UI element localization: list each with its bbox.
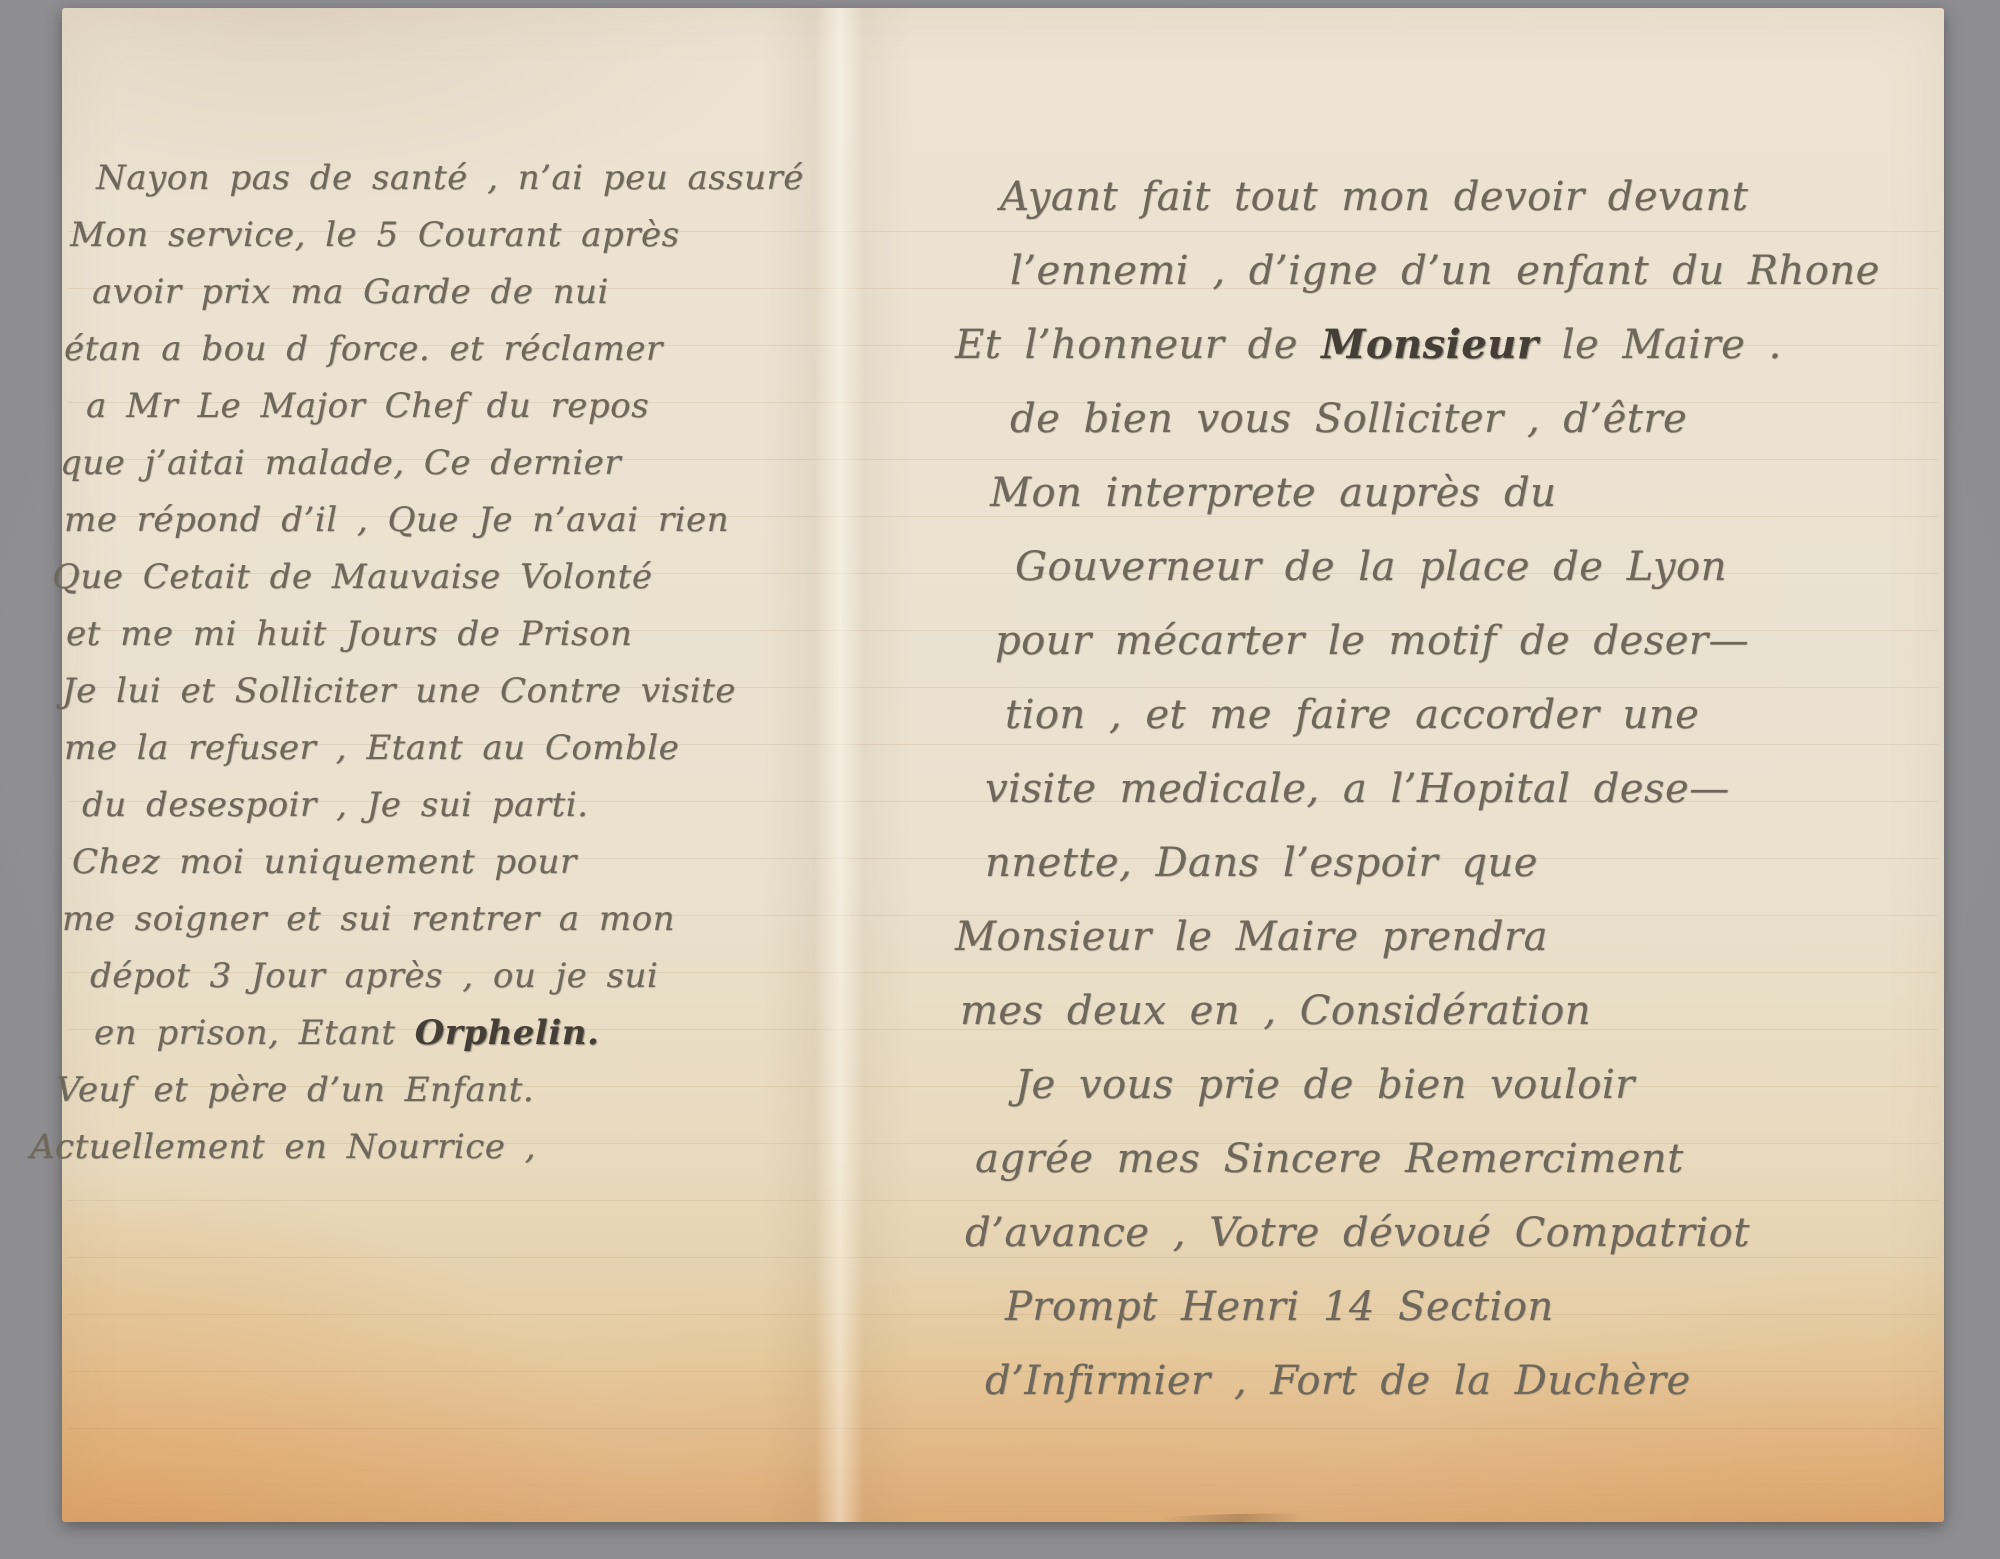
handwritten-line: a Mr Le Major Chef du repos [78, 378, 778, 435]
handwritten-line: avoir prix ma Garde de nui [78, 264, 778, 321]
handwritten-line: Monsieur le Maire prendra [955, 900, 1915, 974]
handwritten-line: me répond d’il , Que Je n’avai rien [78, 492, 778, 549]
handwritten-line: mes deux en , Considération [955, 974, 1915, 1048]
handwritten-line: en prison, Etant Orphelin. [78, 1005, 778, 1062]
handwritten-line: visite medicale, a l’Hopital dese— [955, 752, 1915, 826]
handwritten-line: d’avance , Votre dévoué Compatriot [955, 1196, 1915, 1270]
handwritten-line: pour mécarter le motif de deser— [955, 604, 1915, 678]
handwritten-line: Veuf et père d’un Enfant. [78, 1062, 778, 1119]
letter-page-left: Nayon pas de santé , n’ai peu assuré Mon… [78, 150, 778, 1176]
handwritten-line: me la refuser , Etant au Comble [78, 720, 778, 777]
overwritten-word: Monsieur [1321, 321, 1538, 368]
handwritten-line: tion , et me faire accorder une [955, 678, 1915, 752]
handwritten-line: Mon service, le 5 Courant après [78, 207, 778, 264]
handwritten-line: Gouverneur de la place de Lyon [955, 530, 1915, 604]
handwritten-line: de bien vous Solliciter , d’être [955, 382, 1915, 456]
handwritten-line: Que Cetait de Mauvaise Volonté [78, 549, 778, 606]
handwritten-line: dépot 3 Jour après , ou je sui [78, 948, 778, 1005]
handwritten-line: Nayon pas de santé , n’ai peu assuré [78, 150, 778, 207]
handwritten-text: le Maire . [1538, 322, 1781, 368]
handwritten-line: Chez moi uniquement pour [78, 834, 778, 891]
handwritten-line: Actuellement en Nourrice , [78, 1119, 778, 1176]
handwritten-line: que j’aitai malade, Ce dernier [78, 435, 778, 492]
handwritten-line: me soigner et sui rentrer a mon [78, 891, 778, 948]
handwritten-line: nnette, Dans l’espoir que [955, 826, 1915, 900]
handwritten-line: étan a bou d force. et réclamer [78, 321, 778, 378]
handwritten-text: Et l’honneur de [955, 322, 1321, 368]
handwritten-text: en prison, Etant [94, 1013, 415, 1053]
handwritten-line: Je lui et Solliciter une Contre visite [78, 663, 778, 720]
handwritten-line: du desespoir , Je sui parti. [78, 777, 778, 834]
handwritten-line: Prompt Henri 14 Section [955, 1270, 1915, 1344]
handwritten-line: l’ennemi , d’igne d’un enfant du Rhone [955, 234, 1915, 308]
handwritten-line: Je vous prie de bien vouloir [955, 1048, 1915, 1122]
handwritten-line: d’Infirmier , Fort de la Duchère [955, 1344, 1915, 1418]
handwritten-line: agrée mes Sincere Remerciment [955, 1122, 1915, 1196]
handwritten-line: et me mi huit Jours de Prison [78, 606, 778, 663]
letter-page-right: Ayant fait tout mon devoir devant l’enne… [955, 160, 1915, 1418]
handwritten-line: Et l’honneur de Monsieur le Maire . [955, 308, 1915, 382]
handwritten-line: Mon interprete auprès du [955, 456, 1915, 530]
center-fold-crease [762, 8, 912, 1522]
handwritten-line: Ayant fait tout mon devoir devant [955, 160, 1915, 234]
overwritten-word: Orphelin. [415, 1013, 600, 1053]
